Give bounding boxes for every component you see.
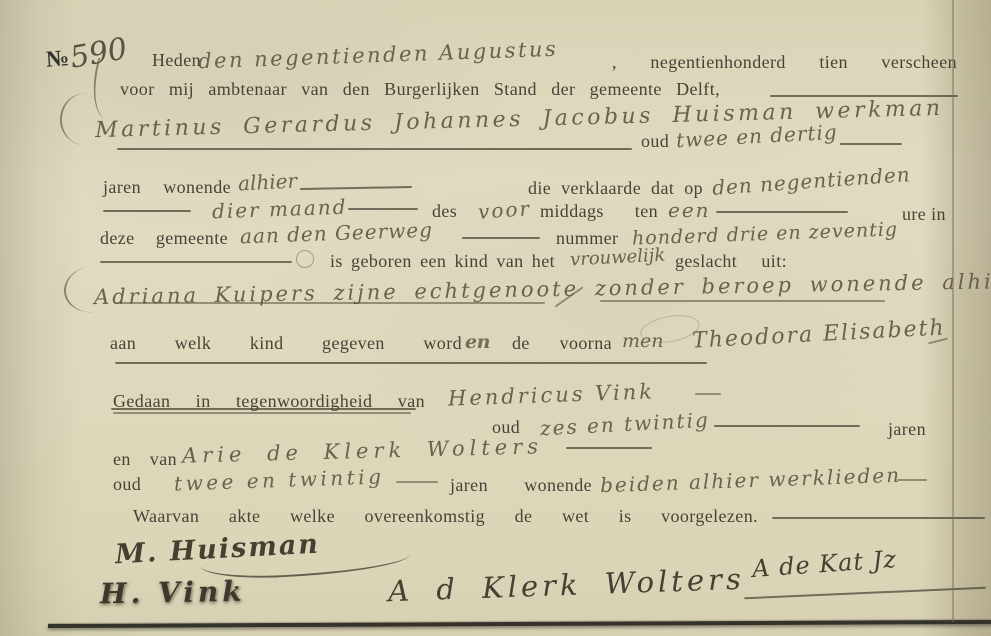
oud-label: oud	[641, 131, 669, 152]
hw-birth-hour: een	[668, 198, 711, 222]
hw-daypart: voor	[477, 196, 531, 224]
hw-declarant-residence: alhier	[237, 168, 297, 195]
pen-flourish	[744, 587, 986, 600]
underline-rule	[117, 302, 545, 304]
birth-record-page: № 590 Heden den negentienden Augustus , …	[0, 0, 991, 636]
filled-rule	[897, 479, 927, 481]
signature-witness2: A d Klerk Wolters	[388, 562, 746, 608]
hw-birth-day: den negentienden	[711, 162, 911, 200]
pen-flourish	[57, 91, 90, 146]
voorna-label: de voorna	[512, 333, 612, 354]
filled-rule	[300, 186, 412, 190]
underline-rule	[111, 408, 416, 410]
jaren-wonende-label: jaren wonende	[103, 177, 231, 198]
closing-line: Waarvan akte welke overeenkomstig de wet…	[133, 506, 758, 527]
en-van-label: en van	[113, 449, 177, 470]
filled-rule	[396, 481, 438, 483]
jaren-label: jaren	[888, 419, 926, 440]
geboren-label: is geboren een kind van het	[330, 251, 555, 272]
heden-label: Heden	[152, 50, 201, 71]
verklaarde-label: die verklaarde dat op	[528, 178, 703, 199]
gemeente-label: deze gemeente	[100, 228, 228, 249]
act-number-sign: №	[45, 45, 70, 73]
hw-birth-month: dier maand	[212, 195, 348, 224]
filled-rule	[716, 211, 848, 213]
signature-witness1: H. Vink	[100, 575, 246, 611]
filled-rule	[462, 237, 540, 239]
hw-child-names: Theodora Elisabeth	[692, 315, 947, 353]
year-line: , negentienhonderd tien verscheen	[612, 52, 957, 73]
hw-witness1-name: Hendricus Vink	[448, 379, 656, 410]
filled-rule	[566, 447, 652, 449]
jaren-wonende-label: jaren wonende	[450, 475, 592, 496]
underline-rule	[115, 362, 707, 364]
hw-witness2-age: twee en twintig	[174, 464, 385, 495]
filled-rule	[695, 393, 721, 395]
naming-prefix-label: aan welk kind gegeven word	[110, 333, 462, 354]
hw-deed-date: den negentienden Augustus	[198, 37, 559, 74]
filled-rule	[100, 261, 292, 263]
underline-rule	[600, 300, 885, 302]
oud-label: oud	[113, 474, 141, 495]
middags-label: middags ten	[540, 201, 658, 222]
nummer-label: nummer	[556, 228, 618, 249]
filled-rule	[348, 208, 418, 210]
hw-word-suffix: en	[465, 331, 490, 353]
filled-rule	[117, 148, 632, 150]
pen-flourish	[296, 250, 314, 268]
hw-witness1-age: zes en twintig	[539, 408, 710, 441]
geslacht-label: geslacht uit:	[675, 251, 787, 272]
hw-street: aan den Geerweg	[240, 218, 434, 249]
page-edge	[48, 620, 991, 628]
des-label: des	[432, 201, 457, 222]
ure-label: ure in	[902, 204, 946, 225]
hw-house-number: honderd drie en zeventig	[632, 218, 899, 249]
hw-witness2-name: Arie de Klerk Wolters	[182, 434, 544, 467]
hw-witness-residence: beiden alhier werklieden	[600, 463, 902, 497]
official-line: voor mij ambtenaar van den Burgerlijken …	[120, 79, 720, 100]
hw-gender: vrouwelijk	[570, 245, 666, 271]
filled-rule	[714, 425, 860, 427]
filled-rule	[840, 143, 902, 145]
signature-registrar: A de Kat Jz	[751, 545, 898, 583]
underline-rule	[113, 412, 411, 414]
filled-rule	[103, 210, 191, 212]
page-fold-line	[952, 0, 954, 622]
